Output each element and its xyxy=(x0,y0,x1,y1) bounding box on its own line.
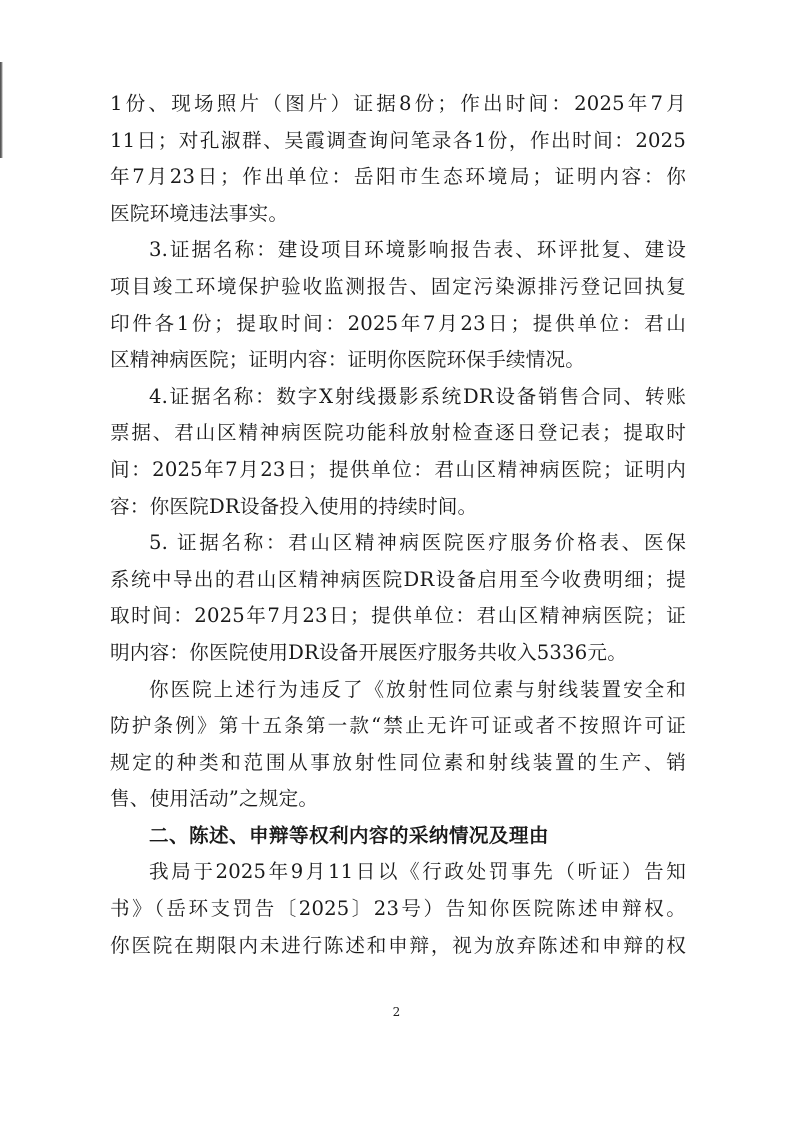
text-line: 书》（岳环支罚告〔2025〕23号）告知你医院陈述申辩权。 xyxy=(110,891,686,928)
text-line: 项目竣工环境保护验收监测报告、固定污染源排污登记回执复 xyxy=(110,269,686,306)
text-line: 票据、君山区精神病医院功能科放射检查逐日登记表；提取时 xyxy=(110,415,686,452)
page-number: 2 xyxy=(0,1005,793,1019)
text-line: 印件各1份；提取时间：2025年7月23日；提供单位：君山 xyxy=(110,306,686,343)
text-line: 售、使用活动”之规定。 xyxy=(110,781,686,818)
text-line: 取时间：2025年7月23日；提供单位：君山区精神病医院；证 xyxy=(110,598,686,635)
section-heading: 二、陈述、申辩等权利内容的采纳情况及理由 xyxy=(110,818,686,855)
text-line: 规定的种类和范围从事放射性同位素和射线装置的生产、销 xyxy=(110,745,686,782)
paragraph-evidence-2-continued: 1份、现场照片（图片）证据8份；作出时间：2025年7月 11日；对孔淑群、吴霞… xyxy=(110,86,686,232)
text-line: 11日；对孔淑群、吴霞调查询问笔录各1份，作出时间：2025 xyxy=(110,123,686,160)
text-line: 你医院在期限内未进行陈述和申辩，视为放弃陈述和申辩的权 xyxy=(110,928,686,965)
text-line: 3.证据名称：建设项目环境影响报告表、环评批复、建设 xyxy=(110,232,686,269)
scan-edge-artifact xyxy=(0,62,3,158)
text-line: 防护条例》第十五条第一款“禁止无许可证或者不按照许可证 xyxy=(110,708,686,745)
paragraph-violation-statement: 你医院上述行为违反了《放射性同位素与射线装置安全和 防护条例》第十五条第一款“禁… xyxy=(110,672,686,818)
text-line: 年7月23日；作出单位：岳阳市生态环境局；证明内容：你 xyxy=(110,159,686,196)
text-line: 1份、现场照片（图片）证据8份；作出时间：2025年7月 xyxy=(110,86,686,123)
text-line: 间：2025年7月23日；提供单位：君山区精神病医院；证明内 xyxy=(110,452,686,489)
text-line: 4.证据名称：数字X射线摄影系统DR设备销售合同、转账 xyxy=(110,379,686,416)
paragraph-evidence-5: 5. 证据名称：君山区精神病医院医疗服务价格表、医保 系统中导出的君山区精神病医… xyxy=(110,525,686,671)
text-line: 区精神病医院；证明内容：证明你医院环保手续情况。 xyxy=(110,342,686,379)
paragraph-evidence-3: 3.证据名称：建设项目环境影响报告表、环评批复、建设 项目竣工环境保护验收监测报… xyxy=(110,232,686,378)
paragraph-section-2-body: 我局于2025年9月11日以《行政处罚事先（听证）告知 书》（岳环支罚告〔202… xyxy=(110,854,686,964)
text-line: 你医院上述行为违反了《放射性同位素与射线装置安全和 xyxy=(110,672,686,709)
document-page: 1份、现场照片（图片）证据8份；作出时间：2025年7月 11日；对孔淑群、吴霞… xyxy=(110,86,686,964)
text-line: 明内容：你医院使用DR设备开展医疗服务共收入5336元。 xyxy=(110,635,686,672)
text-line: 医院环境违法事实。 xyxy=(110,196,686,233)
paragraph-evidence-4: 4.证据名称：数字X射线摄影系统DR设备销售合同、转账 票据、君山区精神病医院功… xyxy=(110,379,686,525)
text-line: 系统中导出的君山区精神病医院DR设备启用至今收费明细；提 xyxy=(110,562,686,599)
text-line: 5. 证据名称：君山区精神病医院医疗服务价格表、医保 xyxy=(110,525,686,562)
text-line: 容：你医院DR设备投入使用的持续时间。 xyxy=(110,489,686,526)
text-line: 我局于2025年9月11日以《行政处罚事先（听证）告知 xyxy=(110,854,686,891)
